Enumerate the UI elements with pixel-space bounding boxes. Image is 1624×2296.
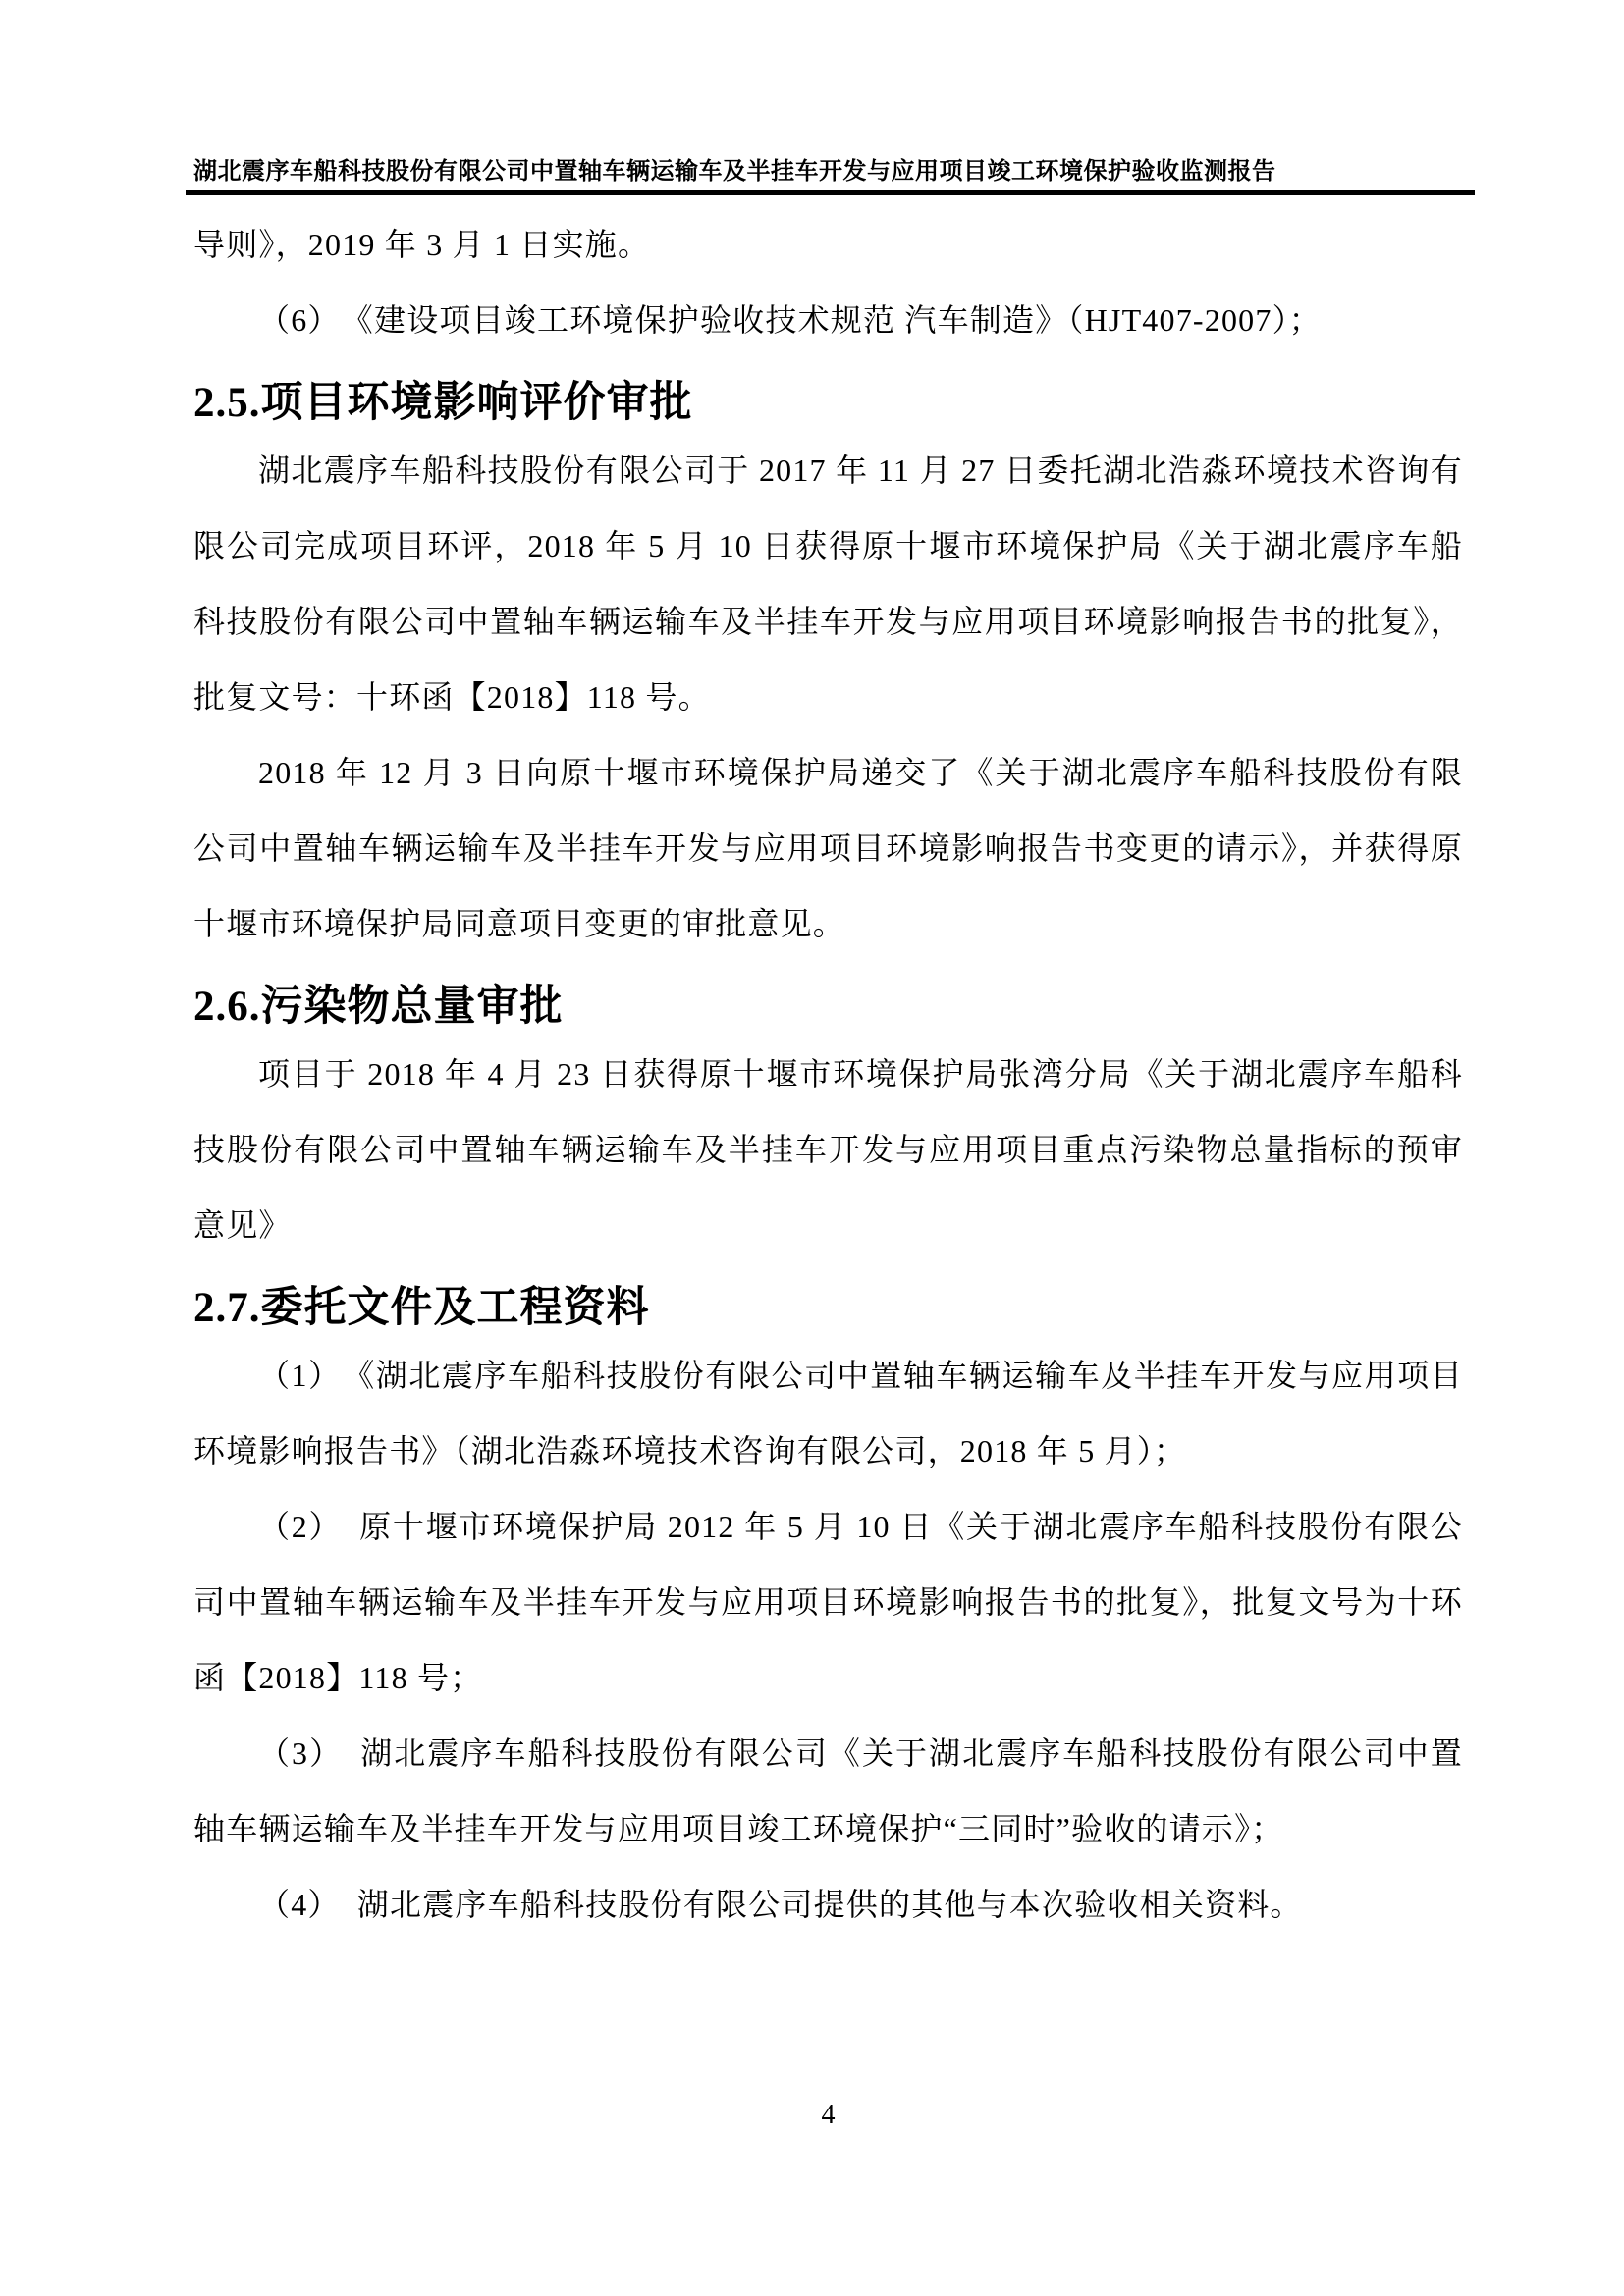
page-content: 湖北震序车船科技股份有限公司中置轴车辆运输车及半挂车开发与应用项目竣工环境保护验…	[193, 157, 1463, 1943]
list-item-2: （2） 原十堰市环境保护局 2012 年 5 月 10 日《关于湖北震序车船科技…	[193, 1489, 1463, 1716]
paragraph-eia-approval: 湖北震序车船科技股份有限公司于 2017 年 11 月 27 日委托湖北浩淼环境…	[193, 433, 1463, 735]
header-rule	[186, 190, 1475, 195]
list-item-6: （6） 《建设项目竣工环境保护验收技术规范 汽车制造》（HJT407-2007）…	[193, 283, 1463, 358]
section-heading-2-5: 2.5.项目环境影响评价审批	[193, 374, 1463, 433]
paragraph-continued-from-previous-page: 导则》，2019 年 3 月 1 日实施。	[193, 207, 1463, 283]
paragraph-change-request: 2018 年 12 月 3 日向原十堰市环境保护局递交了《关于湖北震序车船科技股…	[193, 735, 1463, 962]
running-title: 湖北震序车船科技股份有限公司中置轴车辆运输车及半挂车开发与应用项目竣工环境保护验…	[193, 159, 1276, 185]
page-header: 湖北震序车船科技股份有限公司中置轴车辆运输车及半挂车开发与应用项目竣工环境保护验…	[193, 157, 1463, 187]
list-item-3: （3） 湖北震序车船科技股份有限公司《关于湖北震序车船科技股份有限公司中置轴车辆…	[193, 1716, 1463, 1867]
page-number: 4	[193, 2099, 1463, 2132]
section-heading-2-7: 2.7.委托文件及工程资料	[193, 1279, 1463, 1338]
list-item-1: （1） 《湖北震序车船科技股份有限公司中置轴车辆运输车及半挂车开发与应用项目环境…	[193, 1338, 1463, 1489]
section-heading-2-6: 2.6.污染物总量审批	[193, 978, 1463, 1037]
document-page: 湖北震序车船科技股份有限公司中置轴车辆运输车及半挂车开发与应用项目竣工环境保护验…	[0, 0, 1624, 2296]
list-item-4: （4） 湖北震序车船科技股份有限公司提供的其他与本次验收相关资料。	[193, 1867, 1463, 1943]
paragraph-pollutant-total-amount: 项目于 2018 年 4 月 23 日获得原十堰市环境保护局张湾分局《关于湖北震…	[193, 1037, 1463, 1263]
